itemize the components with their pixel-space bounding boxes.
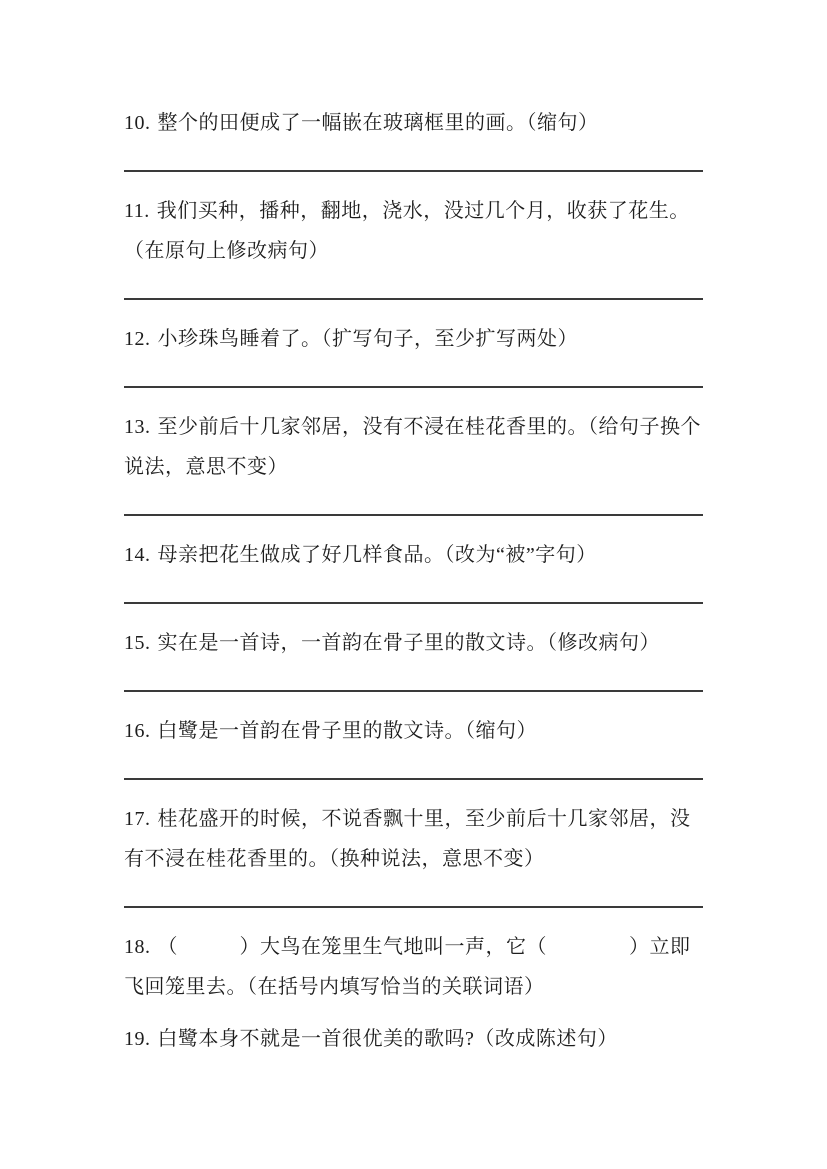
question-body: 母亲把花生做成了好几样食品。（改为“被”字句） [158, 544, 597, 566]
question-text: 11.我们买种，播种，翻地，浇水，没过几个月，收获了花生。（在原句上修改病句） [124, 191, 703, 271]
question-text: 17.桂花盛开的时候，不说香飘十里，至少前后十几家邻居，没有不浸在桂花香里的。（… [124, 799, 703, 879]
question-text: 14.母亲把花生做成了好几样食品。（改为“被”字句） [124, 535, 703, 575]
question-text: 19.白鹭本身不就是一首很优美的歌吗?（改成陈述句） [124, 1019, 703, 1059]
question-body: 小珍珠鸟睡着了。（扩写句子，至少扩写两处） [158, 328, 579, 350]
answer-line[interactable] [124, 602, 703, 604]
question-number: 11. [124, 200, 150, 222]
answer-line[interactable] [124, 170, 703, 172]
questions-list: 10.整个的田便成了一幅嵌在玻璃框里的画。（缩句）11.我们买种，播种，翻地，浇… [124, 103, 703, 1059]
question-number: 19. [124, 1028, 151, 1050]
question-number: 18. [124, 936, 151, 958]
answer-line[interactable] [124, 690, 703, 692]
question-body: （ ）大鸟在笼里生气地叫一声，它（ ）立即飞回笼里去。（在括号内填写恰当的关联词… [124, 936, 691, 998]
question-number: 17. [124, 808, 151, 830]
question-text: 10.整个的田便成了一幅嵌在玻璃框里的画。（缩句） [124, 103, 703, 143]
question-number: 10. [124, 112, 151, 134]
question-number: 15. [124, 632, 151, 654]
answer-line[interactable] [124, 386, 703, 388]
question-number: 14. [124, 544, 151, 566]
question-text: 16.白鹭是一首韵在骨子里的散文诗。（缩句） [124, 711, 703, 751]
question-number: 16. [124, 720, 151, 742]
answer-line[interactable] [124, 514, 703, 516]
question-text: 12.小珍珠鸟睡着了。（扩写句子，至少扩写两处） [124, 319, 703, 359]
question-body: 我们买种，播种，翻地，浇水，没过几个月，收获了花生。（在原句上修改病句） [124, 200, 690, 262]
answer-line[interactable] [124, 298, 703, 300]
question-number: 13. [124, 416, 151, 438]
question-body: 桂花盛开的时候，不说香飘十里，至少前后十几家邻居，没有不浸在桂花香里的。（换种说… [124, 808, 691, 870]
answer-line[interactable] [124, 906, 703, 908]
question-number: 12. [124, 328, 151, 350]
question-body: 至少前后十几家邻居，没有不浸在桂花香里的。（给句子换个说法，意思不变） [124, 416, 701, 478]
question-text: 15.实在是一首诗，一首韵在骨子里的散文诗。（修改病句） [124, 623, 703, 663]
question-body: 白鹭本身不就是一首很优美的歌吗?（改成陈述句） [158, 1028, 618, 1050]
question-body: 整个的田便成了一幅嵌在玻璃框里的画。（缩句） [158, 112, 599, 134]
question-body: 实在是一首诗，一首韵在骨子里的散文诗。（修改病句） [158, 632, 661, 654]
question-text: 13.至少前后十几家邻居，没有不浸在桂花香里的。（给句子换个说法，意思不变） [124, 407, 703, 487]
question-text: 18.（ ）大鸟在笼里生气地叫一声，它（ ）立即飞回笼里去。（在括号内填写恰当的… [124, 927, 703, 1007]
question-body: 白鹭是一首韵在骨子里的散文诗。（缩句） [158, 720, 538, 742]
answer-line[interactable] [124, 778, 703, 780]
worksheet-page: 10.整个的田便成了一幅嵌在玻璃框里的画。（缩句）11.我们买种，播种，翻地，浇… [0, 0, 827, 1169]
